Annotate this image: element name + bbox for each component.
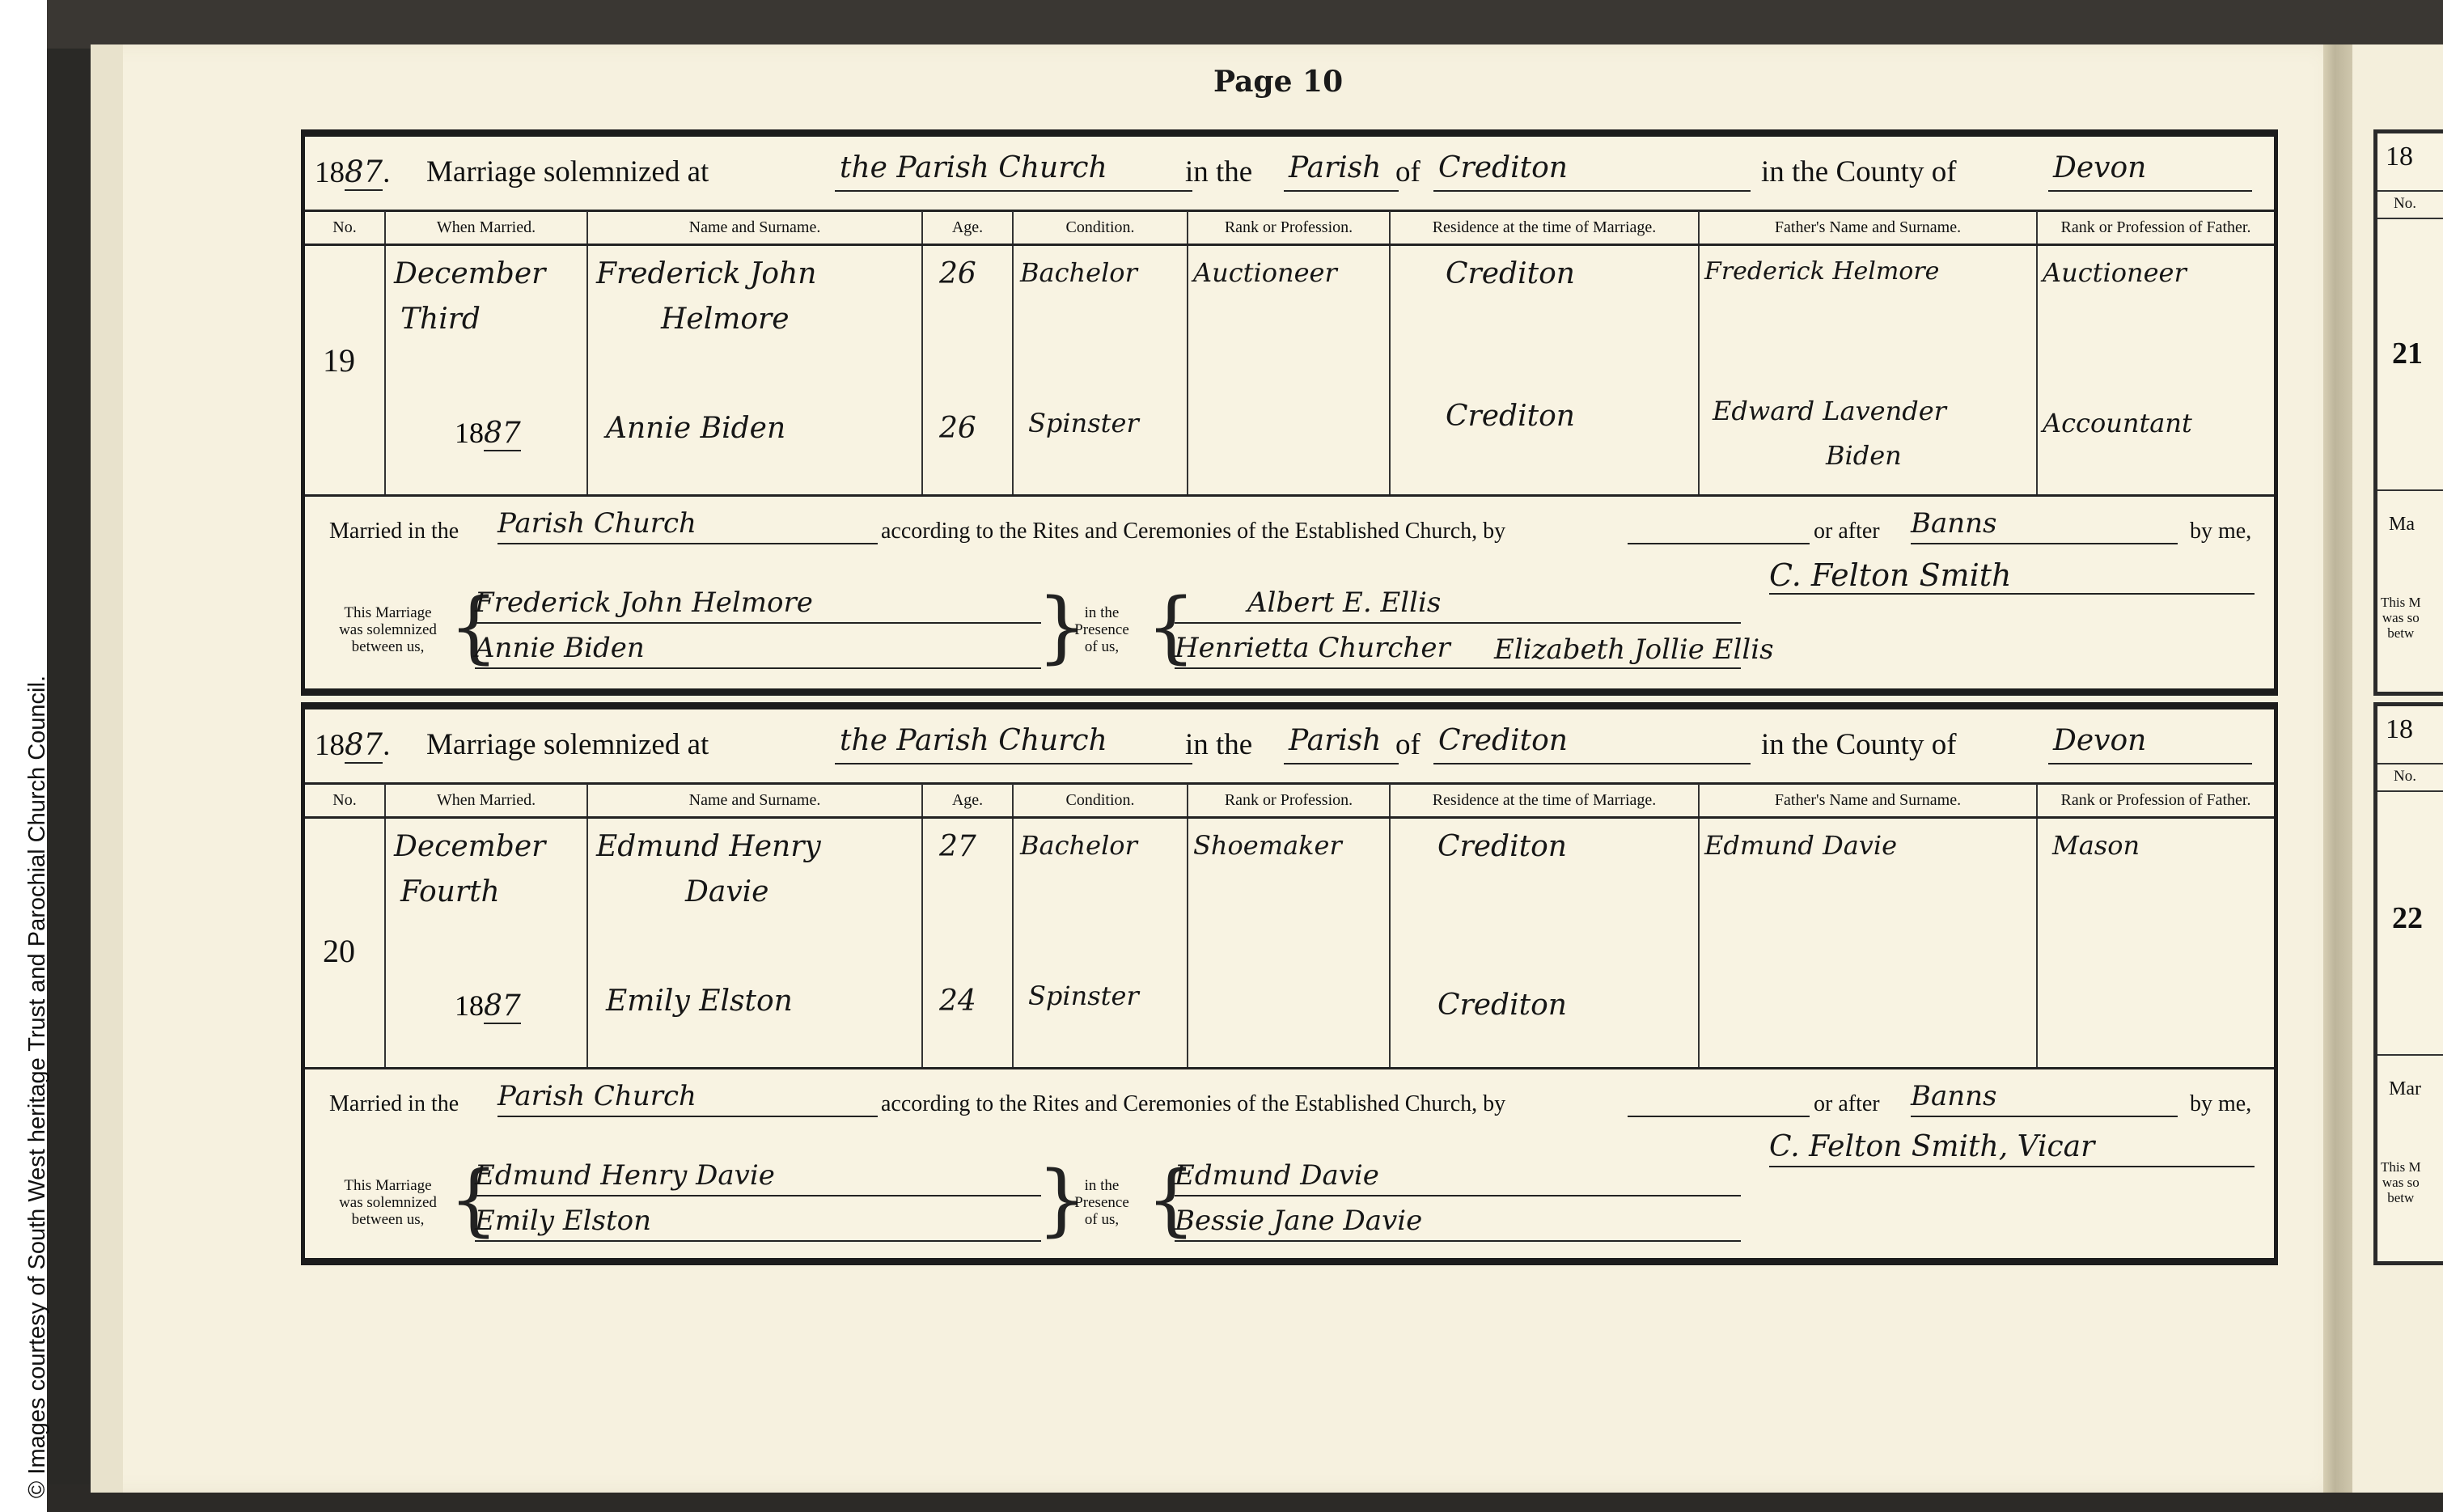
label-line: was so <box>2381 610 2421 625</box>
next-entry-married-label: Ma <box>2389 514 2415 536</box>
next-entry-solemnized-label: This M was so betw <box>2381 1159 2421 1205</box>
by-me-label: by me, <box>2190 1091 2251 1117</box>
county-label: in the County of <box>1761 727 1957 762</box>
next-entry-year: 18 <box>2386 142 2413 172</box>
after-field: Banns <box>1911 507 2178 544</box>
column-divider <box>921 819 923 1067</box>
image-credit-strip: © Images courtesy of South West heritage… <box>0 0 47 1512</box>
divider <box>2377 763 2443 764</box>
witness-name: Albert E. Ellis <box>1247 587 1441 619</box>
column-divider <box>1187 819 1188 1067</box>
parish-type-field: Parish <box>1284 724 1399 764</box>
label-line: This M <box>2381 595 2421 610</box>
column-divider <box>1698 819 1700 1067</box>
according-to-label: according to the Rites and Ceremonies of… <box>881 1091 1505 1117</box>
column-headers: No. When Married. Name and Surname. Age.… <box>305 784 2274 819</box>
label-line: Presence <box>1061 1194 1142 1211</box>
groom-signature: Edmund Henry Davie <box>475 1159 1041 1196</box>
year-suffix: 87 <box>484 417 521 451</box>
solemnized-between-label: This Marriage was solemnized between us, <box>329 1177 447 1228</box>
label-line: was solemnized <box>329 1194 447 1211</box>
column-divider <box>921 246 923 494</box>
married-in-field: Parish Church <box>497 1080 878 1117</box>
county-field: Devon <box>2048 724 2252 764</box>
when-married-month: December <box>394 830 545 863</box>
col-father-rank: Rank or Profession of Father. <box>2038 211 2274 244</box>
column-divider <box>586 246 588 494</box>
label-line: This Marriage <box>329 1177 447 1194</box>
label-line: in the <box>1061 604 1142 621</box>
witness-1-signature: Albert E. Ellis <box>1175 587 1741 624</box>
next-entry-no-label: No. <box>2394 768 2416 786</box>
of-label: of <box>1395 727 1420 762</box>
col-father-name: Father's Name and Surname. <box>1700 211 2038 244</box>
column-divider <box>384 246 386 494</box>
officiant-signature: C. Felton Smith <box>1769 557 2255 595</box>
marriage-solemnized-label: Marriage solemnized at <box>426 155 709 189</box>
groom-residence: Crediton <box>1437 830 1567 863</box>
groom-name-line2: Davie <box>685 875 768 908</box>
column-divider <box>1187 246 1188 494</box>
bride-age: 24 <box>939 985 976 1018</box>
entry-grid: 20 December Fourth 1887 Edmund Henry Dav… <box>305 819 2274 1069</box>
col-rank: Rank or Profession. <box>1188 784 1391 816</box>
entry-title-row: 1887. Marriage solemnized at the Parish … <box>305 709 2274 785</box>
book-binding-top <box>47 0 2443 49</box>
in-the-label: in the <box>1185 155 1252 189</box>
groom-father-rank: Auctioneer <box>2043 257 2187 288</box>
next-entry-married-label: Mar <box>2389 1078 2421 1100</box>
year-prefix: 18 <box>315 729 345 762</box>
col-condition: Condition. <box>1014 211 1188 244</box>
groom-rank: Shoemaker <box>1193 830 1342 861</box>
county-field: Devon <box>2048 151 2252 192</box>
column-divider <box>1012 819 1014 1067</box>
marriage-entry-20: 1887. Marriage solemnized at the Parish … <box>301 702 2278 1265</box>
bride-father-rank: Accountant <box>2043 408 2192 438</box>
column-divider <box>384 819 386 1067</box>
next-entry-solemnized-label: This M was so betw <box>2381 595 2421 641</box>
label-line: was solemnized <box>329 621 447 638</box>
bride-name: Annie Biden <box>606 412 785 445</box>
label-line: in the <box>1061 1177 1142 1194</box>
in-the-label: in the <box>1185 727 1252 762</box>
year-prefix: 18 <box>455 417 484 449</box>
married-in-row: Married in the Parish Church according t… <box>305 1075 2274 1124</box>
divider <box>2377 1054 2443 1056</box>
label-line: of us, <box>1061 1211 1142 1228</box>
column-divider <box>1698 246 1700 494</box>
bride-father-name-line1: Edward Lavender <box>1713 396 1946 426</box>
when-married-year: 1887 <box>455 989 521 1023</box>
married-in-field: Parish Church <box>497 507 878 544</box>
entry-year: 1887. <box>315 155 390 190</box>
col-no: No. <box>305 784 386 816</box>
label-line: Presence <box>1061 621 1142 638</box>
year-suffix: 87 <box>484 989 521 1024</box>
bride-signature: Annie Biden <box>475 632 1041 669</box>
officiant-signature: C. Felton Smith, Vicar <box>1769 1130 2255 1167</box>
bride-name: Emily Elston <box>606 985 793 1018</box>
by-field <box>1628 507 1810 544</box>
groom-name-line1: Edmund Henry <box>596 830 821 863</box>
according-to-label: according to the Rites and Ceremonies of… <box>881 519 1505 544</box>
after-field: Banns <box>1911 1080 2178 1117</box>
bride-residence: Crediton <box>1437 989 1567 1022</box>
divider <box>2377 218 2443 219</box>
entry-title-row: 1887. Marriage solemnized at the Parish … <box>305 137 2274 212</box>
book-gutter <box>2323 44 2352 1493</box>
col-name: Name and Surname. <box>588 784 923 816</box>
entry-number: 19 <box>323 341 355 379</box>
label-line: of us, <box>1061 638 1142 655</box>
column-divider <box>2036 246 2038 494</box>
groom-condition: Bachelor <box>1020 257 1137 288</box>
label-line: betw <box>2381 625 2421 641</box>
bride-residence: Crediton <box>1446 400 1575 433</box>
bride-condition: Spinster <box>1028 408 1139 438</box>
col-when-married: When Married. <box>386 784 588 816</box>
witness-2-signature: Bessie Jane Davie <box>1175 1205 1741 1242</box>
bride-signature: Emily Elston <box>475 1205 1041 1242</box>
solemnized-between-label: This Marriage was solemnized between us, <box>329 604 447 655</box>
when-married-day: Fourth <box>400 875 500 908</box>
col-father-name: Father's Name and Surname. <box>1700 784 2038 816</box>
groom-rank: Auctioneer <box>1193 257 1337 288</box>
married-in-label: Married in the <box>329 1091 459 1117</box>
label-line: between us, <box>329 638 447 655</box>
column-divider <box>1389 246 1391 494</box>
column-divider <box>1389 819 1391 1067</box>
next-page-entry-22: 18 No. 22 Mar This M was so betw <box>2373 702 2443 1265</box>
label-line: This Marriage <box>329 604 447 621</box>
next-entry-number: 21 <box>2392 336 2423 371</box>
col-residence: Residence at the time of Marriage. <box>1391 784 1700 816</box>
next-entry-year: 18 <box>2386 714 2413 745</box>
label-line: This M <box>2381 1159 2421 1175</box>
presence-label: in the Presence of us, <box>1061 1177 1142 1228</box>
parish-field: Crediton <box>1433 151 1751 192</box>
groom-father-name: Frederick Helmore <box>1704 257 1939 286</box>
bride-condition: Spinster <box>1028 980 1139 1011</box>
col-no: No. <box>305 211 386 244</box>
county-label: in the County of <box>1761 155 1957 189</box>
married-in-label: Married in the <box>329 519 459 544</box>
place-field: the Parish Church <box>835 151 1192 192</box>
entry-grid: 19 December Third 1887 Frederick John He… <box>305 246 2274 497</box>
column-headers: No. When Married. Name and Surname. Age.… <box>305 211 2274 246</box>
col-age: Age. <box>923 211 1014 244</box>
by-field <box>1628 1080 1810 1117</box>
groom-father-rank: Mason <box>2052 830 2140 861</box>
or-after-label: or after <box>1814 1091 1880 1117</box>
image-credit-text: © Images courtesy of South West heritage… <box>24 676 51 1498</box>
col-age: Age. <box>923 784 1014 816</box>
divider <box>2377 790 2443 792</box>
witness-3-signature: Elizabeth Jollie Ellis <box>1494 633 1774 666</box>
col-when-married: When Married. <box>386 211 588 244</box>
bride-age: 26 <box>939 412 976 445</box>
column-divider <box>586 819 588 1067</box>
by-me-label: by me, <box>2190 519 2251 544</box>
divider <box>2377 190 2443 192</box>
label-line: betw <box>2381 1190 2421 1205</box>
column-divider <box>2036 819 2038 1067</box>
label-line: between us, <box>329 1211 447 1228</box>
label-line: was so <box>2381 1175 2421 1190</box>
col-father-rank: Rank or Profession of Father. <box>2038 784 2274 816</box>
next-entry-number: 22 <box>2392 900 2423 936</box>
groom-residence: Crediton <box>1446 257 1575 290</box>
next-entry-no-label: No. <box>2394 195 2416 213</box>
col-residence: Residence at the time of Marriage. <box>1391 211 1700 244</box>
column-divider <box>1012 246 1014 494</box>
married-in-row: Married in the Parish Church according t… <box>305 502 2274 551</box>
groom-name-line2: Helmore <box>661 303 790 336</box>
col-name: Name and Surname. <box>588 211 923 244</box>
year-suffix: 87 <box>345 727 383 764</box>
year-prefix: 18 <box>455 989 484 1022</box>
presence-label: in the Presence of us, <box>1061 604 1142 655</box>
entry-year: 1887. <box>315 727 390 763</box>
groom-signature: Frederick John Helmore <box>475 587 1041 624</box>
groom-age: 27 <box>939 830 976 863</box>
year-suffix: 87 <box>345 155 383 191</box>
next-page-entry-21: 18 No. 21 Ma This M was so betw <box>2373 129 2443 696</box>
place-field: the Parish Church <box>835 724 1192 764</box>
when-married-year: 1887 <box>455 416 521 450</box>
col-rank: Rank or Profession. <box>1188 211 1391 244</box>
divider <box>2377 489 2443 491</box>
when-married-day: Third <box>400 303 481 336</box>
when-married-month: December <box>394 257 545 290</box>
witness-1-signature: Edmund Davie <box>1175 1159 1741 1196</box>
col-condition: Condition. <box>1014 784 1188 816</box>
entry-number: 20 <box>323 932 355 970</box>
marriage-entry-19: 1887. Marriage solemnized at the Parish … <box>301 129 2278 696</box>
groom-name-line1: Frederick John <box>596 257 816 290</box>
groom-age: 26 <box>939 257 976 290</box>
marriage-solemnized-label: Marriage solemnized at <box>426 727 709 762</box>
or-after-label: or after <box>1814 519 1880 544</box>
of-label: of <box>1395 155 1420 189</box>
parish-field: Crediton <box>1433 724 1751 764</box>
year-prefix: 18 <box>315 156 345 189</box>
groom-father-name: Edmund Davie <box>1704 830 1897 861</box>
bride-father-name-line2: Biden <box>1826 440 1902 471</box>
page-title: Page 10 <box>1213 65 1343 99</box>
parish-type-field: Parish <box>1284 151 1399 192</box>
groom-condition: Bachelor <box>1020 830 1137 861</box>
